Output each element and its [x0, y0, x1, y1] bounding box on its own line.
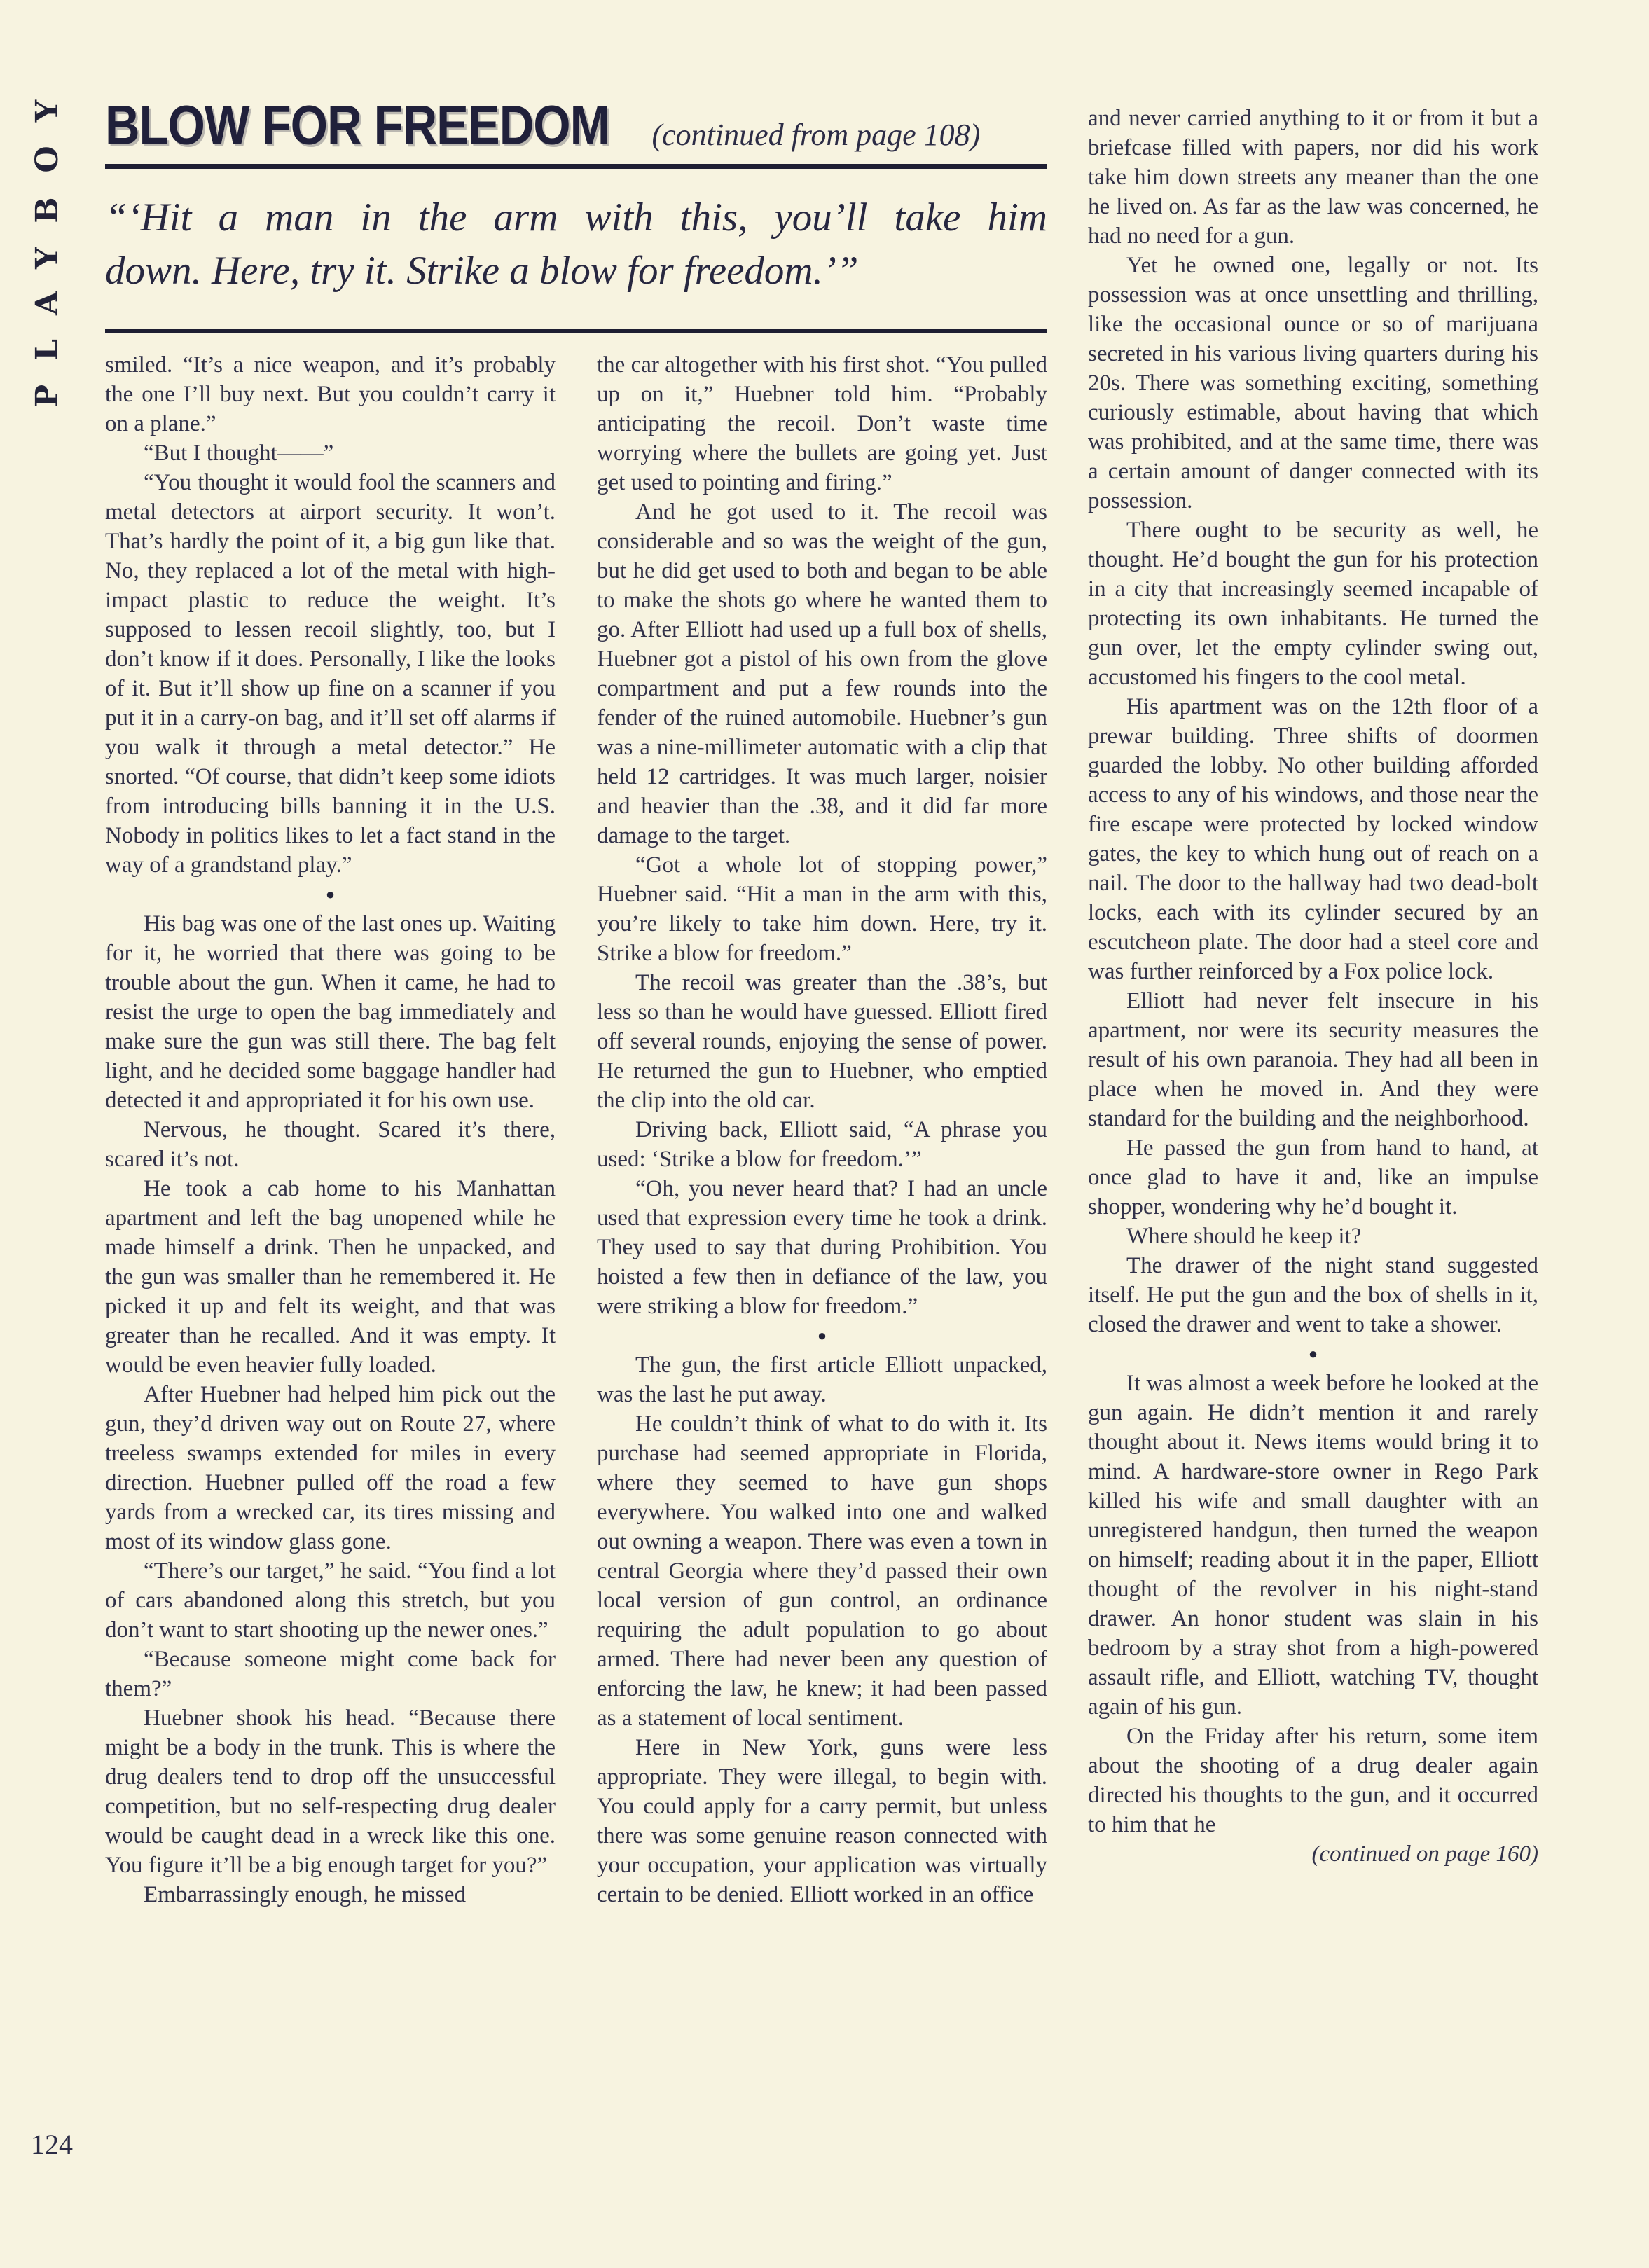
magazine-spine-label: PLAYBOY: [29, 99, 74, 408]
pull-quote: “‘Hit a man in the arm with this, you’ll…: [105, 169, 1047, 317]
paragraph: Nervous, he thought. Scared it’s there, …: [105, 1115, 556, 1174]
paragraph: He couldn’t think of what to do with it.…: [597, 1409, 1047, 1733]
paragraph: “There’s our target,” he said. “You find…: [105, 1556, 556, 1645]
paragraph: the car altogether with his first shot. …: [597, 350, 1047, 497]
section-separator-dot: ●: [597, 1321, 1047, 1350]
article-title: BLOW FOR FREEDOM: [105, 98, 609, 153]
text-column-2: the car altogether with his first shot. …: [597, 350, 1047, 1909]
paragraph: After Huebner had helped him pick out th…: [105, 1380, 556, 1556]
pull-quote-line-1: “‘Hit a man in the arm with this, you’ll…: [105, 191, 1047, 244]
article-header: BLOW FOR FREEDOM (continued from page 10…: [105, 104, 1047, 333]
paragraph: There ought to be security as well, he t…: [1088, 516, 1538, 692]
continued-on-note: (continued on page 160): [1088, 1839, 1538, 1869]
paragraph: Driving back, Elliott said, “A phrase yo…: [597, 1115, 1047, 1174]
paragraph: “But I thought——”: [105, 438, 556, 468]
paragraph: Elliott had never felt insecure in his a…: [1088, 986, 1538, 1133]
paragraph: His bag was one of the last ones up. Wai…: [105, 909, 556, 1115]
paragraph: The drawer of the night stand suggested …: [1088, 1251, 1538, 1339]
paragraph: On the Friday after his return, some ite…: [1088, 1722, 1538, 1839]
paragraph: He passed the gun from hand to hand, at …: [1088, 1133, 1538, 1222]
paragraph: smiled. “It’s a nice weapon, and it’s pr…: [105, 350, 556, 438]
title-row: BLOW FOR FREEDOM (continued from page 10…: [105, 104, 1047, 153]
paragraph: He took a cab home to his Manhattan apar…: [105, 1174, 556, 1380]
paragraph: “You thought it would fool the scanners …: [105, 468, 556, 880]
page-number: 124: [31, 2128, 73, 2161]
bottom-rule: [105, 329, 1047, 333]
paragraph: “Oh, you never heard that? I had an uncl…: [597, 1174, 1047, 1321]
paragraph: And he got used to it. The recoil was co…: [597, 497, 1047, 850]
pull-quote-line-2: down. Here, try it. Strike a blow for fr…: [105, 244, 1047, 298]
paragraph: His apartment was on the 12th floor of a…: [1088, 692, 1538, 986]
paragraph: Embarrassingly enough, he missed: [105, 1880, 556, 1909]
paragraph: Here in New York, guns were less appropr…: [597, 1733, 1047, 1909]
section-separator-dot: ●: [1088, 1339, 1538, 1369]
magazine-page: PLAYBOY BLOW FOR FREEDOM (continued from…: [0, 0, 1649, 2268]
paragraph: It was almost a week before he looked at…: [1088, 1369, 1538, 1722]
paragraph: “Because someone might come back for the…: [105, 1645, 556, 1703]
paragraph: The recoil was greater than the .38’s, b…: [597, 968, 1047, 1115]
paragraph: Yet he owned one, legally or not. Its po…: [1088, 251, 1538, 516]
paragraph: Huebner shook his head. “Because there m…: [105, 1703, 556, 1880]
paragraph: The gun, the first article Elliott unpac…: [597, 1350, 1047, 1409]
text-column-1: smiled. “It’s a nice weapon, and it’s pr…: [105, 350, 556, 1909]
continued-from-note: (continued from page 108): [651, 117, 980, 153]
section-separator-dot: ●: [105, 880, 556, 909]
paragraph: “Got a whole lot of stopping power,” Hue…: [597, 850, 1047, 968]
paragraph: and never carried anything to it or from…: [1088, 104, 1538, 251]
top-rule: [105, 164, 1047, 169]
paragraph: Where should he keep it?: [1088, 1222, 1538, 1251]
text-column-3: and never carried anything to it or from…: [1088, 104, 1538, 1869]
